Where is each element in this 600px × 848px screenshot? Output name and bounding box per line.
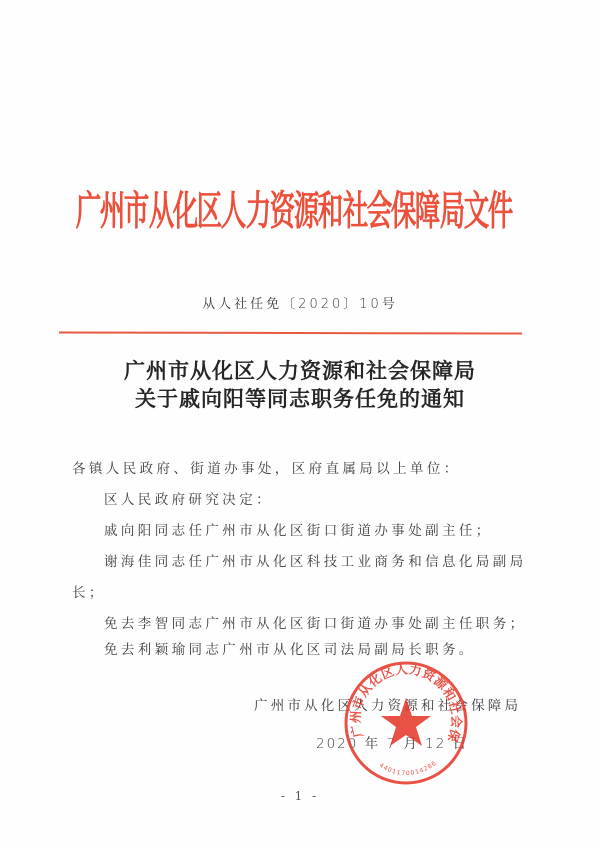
title-line-2: 关于戚向阳等同志职务任免的通知 <box>0 385 600 413</box>
body-paragraph: 免去李智同志广州市从化区街口街道办事处副主任职务； <box>104 612 527 632</box>
header-char: 保 <box>391 177 411 236</box>
header-char: 件 <box>488 177 508 236</box>
body-paragraph: 戚向阳同志任广州市从化区街口街道办事处副主任； <box>104 519 493 539</box>
title-line-1: 广州市从化区人力资源和社会保障局 <box>0 357 600 385</box>
header-char: 社 <box>342 177 362 236</box>
red-separator-rule <box>59 332 522 335</box>
page-number: - 1 - <box>0 789 600 803</box>
header-char: 州 <box>100 177 120 236</box>
official-seal-icon: 广州市从化区人力资源和社会保障局 4401170014286 <box>341 658 471 788</box>
header-char: 力 <box>245 177 265 236</box>
header-char: 障 <box>415 177 435 236</box>
document-number: 从人社任免〔2020〕10号 <box>0 293 600 312</box>
header-char: 文 <box>464 177 484 236</box>
body-paragraph: 谢海佳同志任广州市从化区科技工业商务和信息化局副局 <box>104 550 527 570</box>
svg-text:4401170014286: 4401170014286 <box>378 759 439 777</box>
header-char: 人 <box>221 177 241 236</box>
signature-organization: 广州市从化区人力资源和社会保障局 <box>254 694 521 714</box>
red-header-title: 广 州 市 从 化 区 人 力 资 源 和 社 会 保 障 局 文 件 <box>74 176 510 238</box>
body-paragraph: 免去利颖瑜同志广州市从化区司法局副局长职务。 <box>104 638 476 658</box>
header-char: 资 <box>270 177 290 236</box>
header-char: 市 <box>124 177 144 236</box>
header-char: 局 <box>439 177 459 236</box>
salutation: 各镇人民政府、街道办事处，区府直属局以上单位： <box>72 457 461 477</box>
header-char: 广 <box>76 177 96 236</box>
document-page: 广 州 市 从 化 区 人 力 资 源 和 社 会 保 障 局 文 件 从人社任… <box>0 0 600 848</box>
header-char: 会 <box>367 177 387 236</box>
header-char: 源 <box>294 177 314 236</box>
header-char: 和 <box>318 177 338 236</box>
seal-code: 4401170014286 <box>378 759 439 777</box>
signature-date: 2020 年 7 月 12 日 <box>316 732 468 752</box>
header-char: 从 <box>149 177 169 236</box>
body-paragraph-continuation: 长； <box>72 581 106 601</box>
header-char: 化 <box>173 177 193 236</box>
document-title: 广州市从化区人力资源和社会保障局 关于戚向阳等同志职务任免的通知 <box>0 357 600 413</box>
body-paragraph: 区人民政府研究决定： <box>104 488 273 508</box>
header-char: 区 <box>197 177 217 236</box>
